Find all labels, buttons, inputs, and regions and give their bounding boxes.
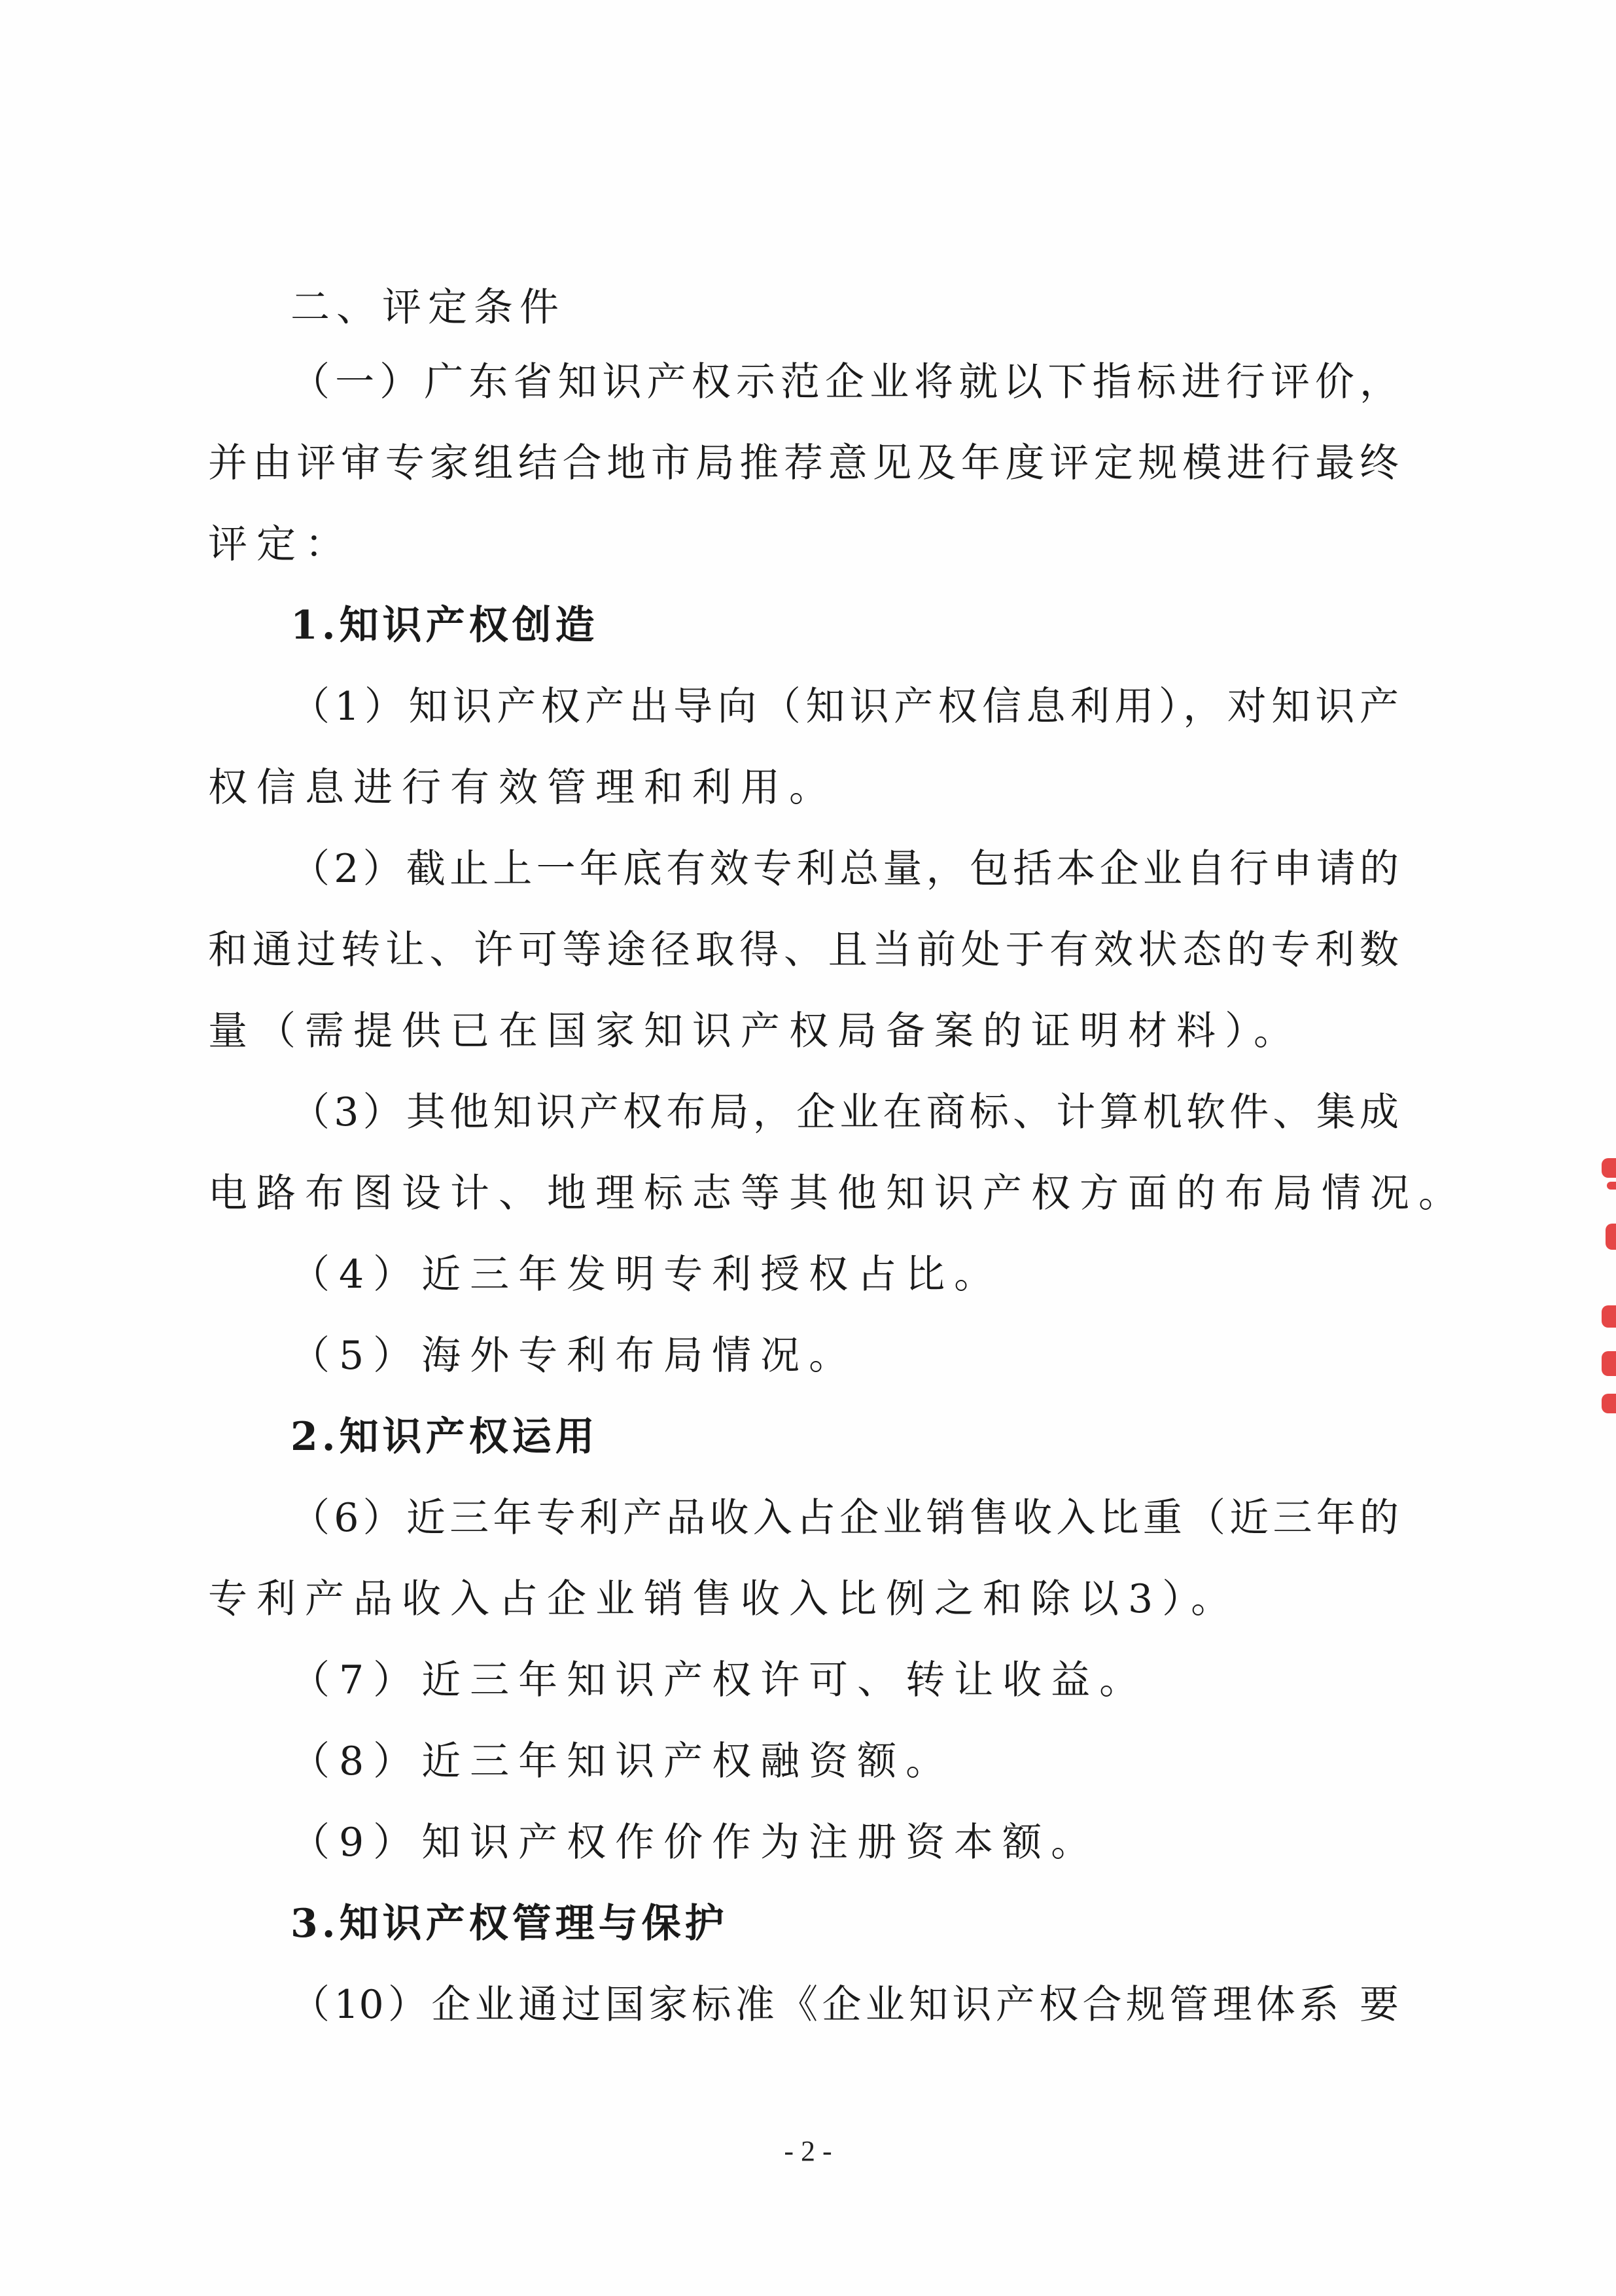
page-number: - 2 -: [0, 2134, 1616, 2168]
item-1-line-2: 权信息进行有效管理和利用。: [208, 768, 837, 807]
seal-fragment: [1602, 1394, 1616, 1413]
seal-fragment: [1602, 1351, 1616, 1376]
intro-line-2: 并由评审专家组结合地市局推荐意见及年度评定规模进行最终: [208, 444, 1399, 483]
item-2-line-1: （2）截止上一年底有效专利总量，包括本企业自行申请的: [290, 849, 1399, 889]
item-4: （4）近三年发明专利授权占比。: [290, 1255, 1002, 1294]
group-heading-management: 3.知识产权管理与保护: [290, 1904, 728, 1943]
group-heading-creation: 1.知识产权创造: [290, 606, 599, 645]
intro-line-3: 评定：: [208, 525, 353, 564]
seal-fragment: [1606, 1224, 1616, 1250]
seal-fragment: [1607, 1182, 1616, 1190]
item-9: （9）知识产权作价作为注册资本额。: [290, 1823, 1099, 1862]
item-10-line-1: （10）企业通过国家标准《企业知识产权合规管理体系 要: [290, 1985, 1399, 2024]
intro-line-1: （一）广东省知识产权示范企业将就以下指标进行评价，: [290, 362, 1399, 402]
item-7: （7）近三年知识产权许可、转让收益。: [290, 1661, 1148, 1700]
document-page: 二、评定条件 （一）广东省知识产权示范企业将就以下指标进行评价， 并由评审专家组…: [0, 0, 1616, 2296]
item-1-line-1: （1）知识产权产出导向（知识产权信息利用），对知识产: [290, 687, 1399, 726]
seal-fragment: [1602, 1158, 1616, 1178]
item-5: （5）海外专利布局情况。: [290, 1336, 857, 1375]
group-heading-utilization: 2.知识产权运用: [290, 1417, 599, 1457]
item-3-line-1: （3）其他知识产权布局，企业在商标、计算机软件、集成: [290, 1093, 1399, 1132]
seal-fragment: [1602, 1305, 1616, 1328]
item-6-line-2: 专利产品收入占企业销售收入比例之和除以3）。: [208, 1580, 1239, 1619]
item-8: （8）近三年知识产权融资额。: [290, 1742, 954, 1781]
item-2-line-3: 量（需提供已在国家知识产权局备案的证明材料）。: [208, 1012, 1302, 1051]
section-title: 二、评定条件: [290, 288, 565, 327]
item-3-line-2: 电路布图设计、地理标志等其他知识产权方面的布局情况。: [208, 1174, 1467, 1213]
item-2-line-2: 和通过转让、许可等途径取得、且当前处于有效状态的专利数: [208, 930, 1399, 970]
item-6-line-1: （6）近三年专利产品收入占企业销售收入比重（近三年的: [290, 1498, 1399, 1538]
